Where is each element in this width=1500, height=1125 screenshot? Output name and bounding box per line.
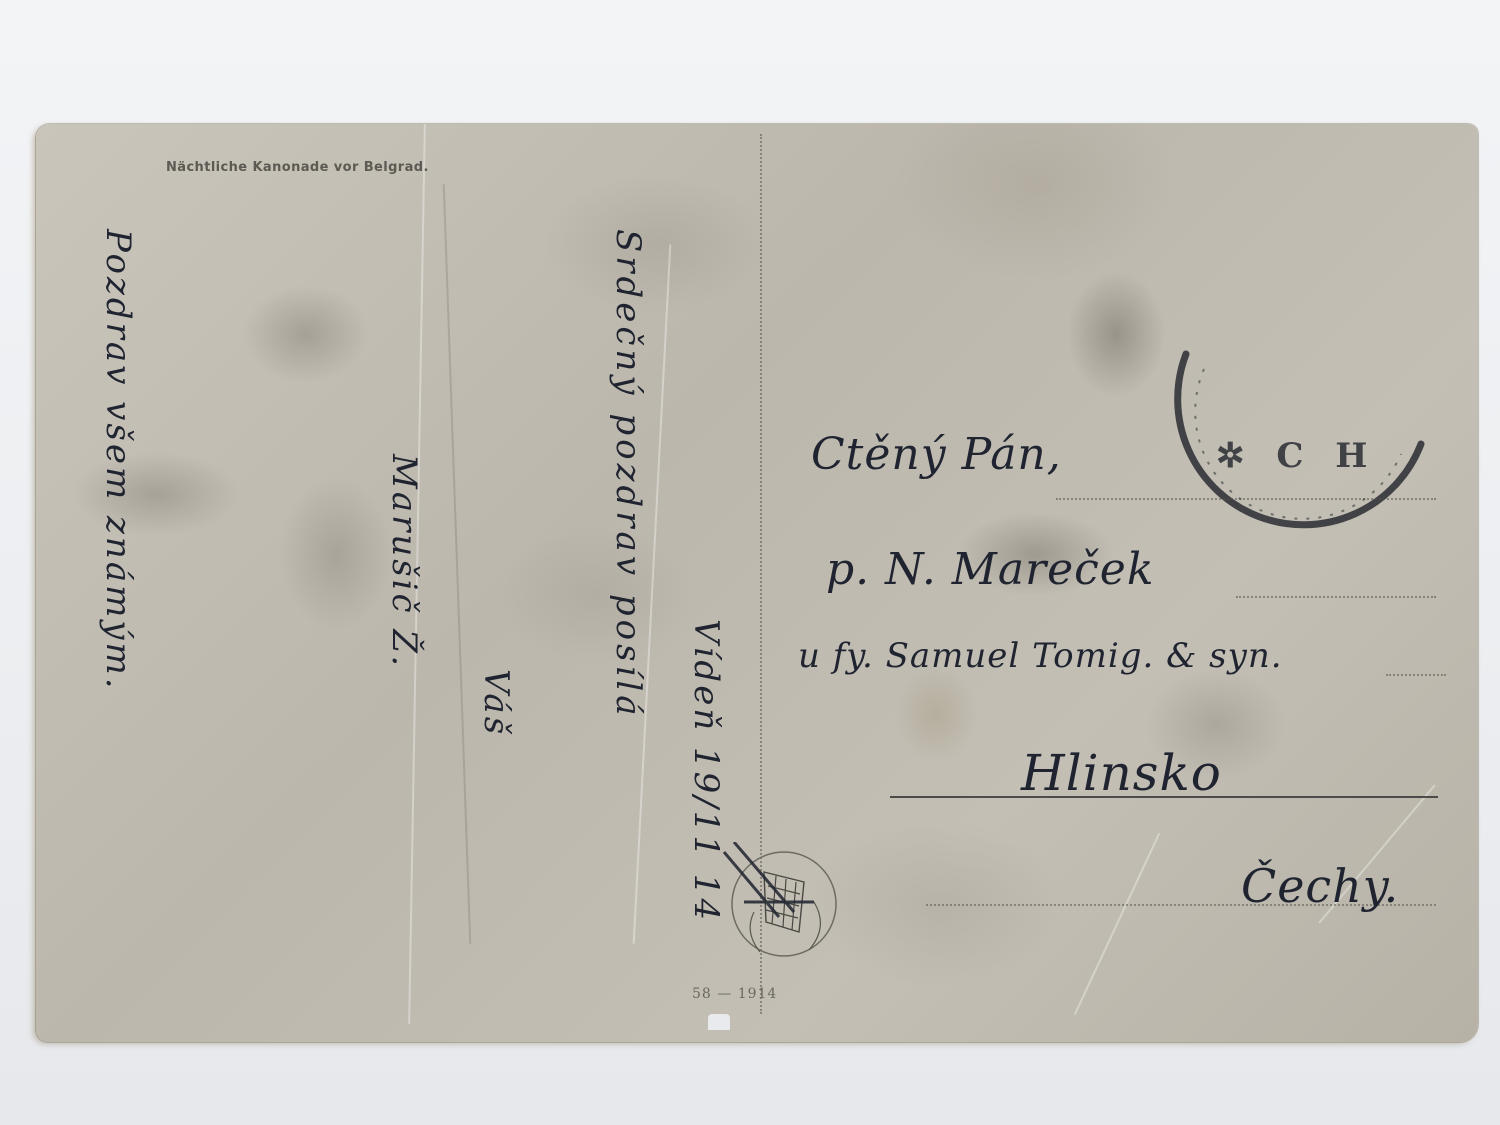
paper-crease [443, 184, 472, 944]
postmark-text: ✲ C H [1216, 436, 1377, 476]
edge-nick [708, 1014, 730, 1030]
address-region: Čechy. [1241, 859, 1399, 913]
address-salutation: Ctěný Pán, [811, 429, 1062, 480]
postcard-back: Nächtliche Kanonade vor Belgrad. Pozdrav… [36, 124, 1478, 1042]
address-town: Hlinsko [1021, 744, 1222, 802]
address-line [1056, 498, 1436, 500]
printed-caption: Nächtliche Kanonade vor Belgrad. [166, 160, 429, 175]
address-name: p. N. Mareček [826, 544, 1155, 595]
message-closing: Váš [476, 669, 516, 737]
address-line [1236, 596, 1436, 598]
message-greeting-all: Pozdrav všem známým. [98, 229, 138, 692]
message-greeting: Srdečný pozdrav posílá [608, 229, 648, 720]
publisher-emblem-icon [704, 842, 844, 972]
message-signature: Marušič Ž. [384, 454, 424, 669]
print-number: 58 — 1914 [692, 986, 777, 1002]
paper-crease [1074, 833, 1160, 1015]
address-company: u fy. Samuel Tomig. & syn. [798, 636, 1283, 676]
address-line [1386, 674, 1446, 676]
